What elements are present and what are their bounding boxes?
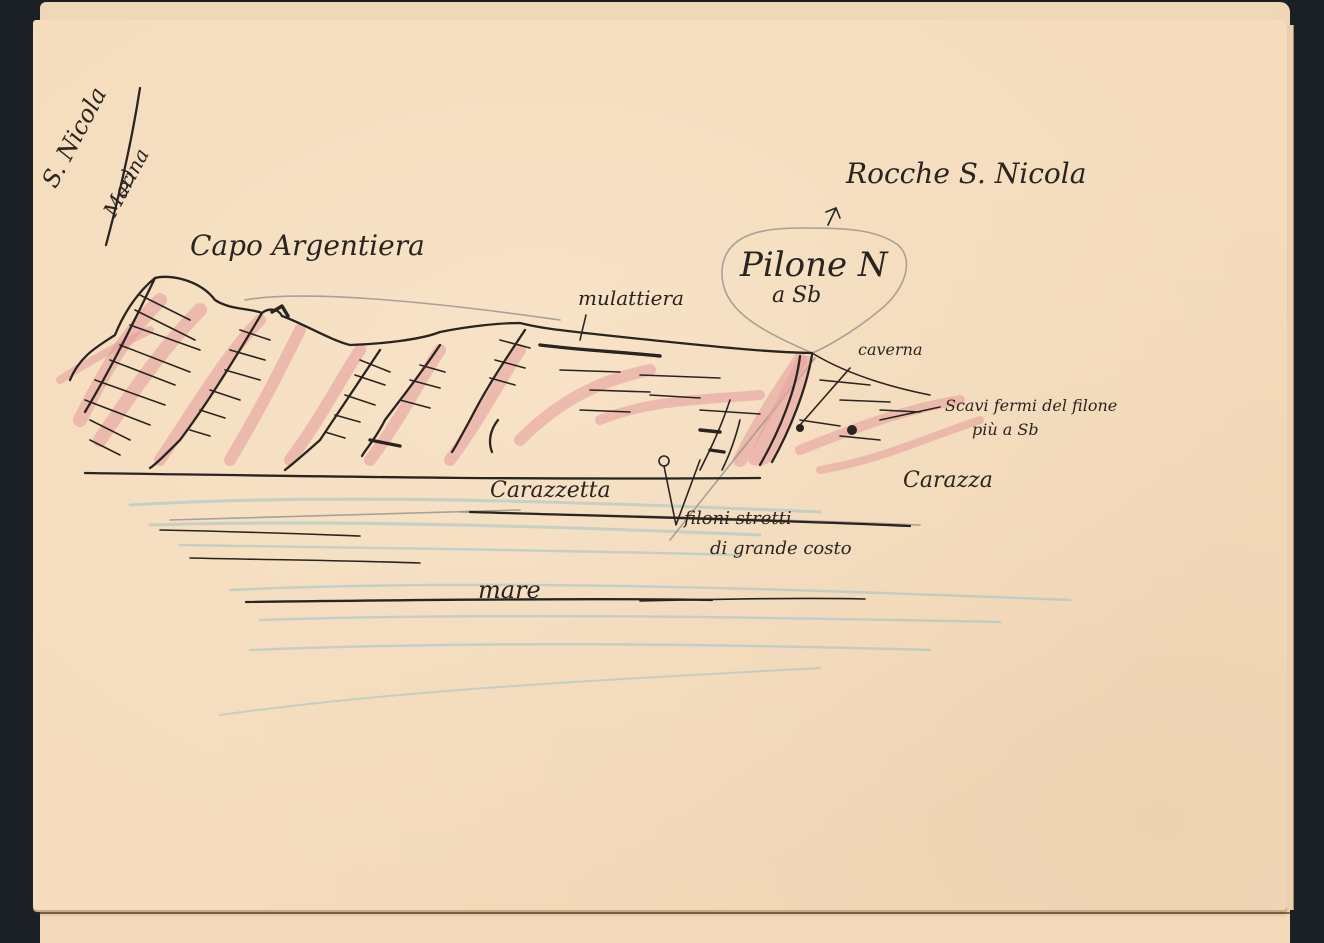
label-scavi-line2: più a Sb: [972, 422, 1039, 438]
label-carazzetta: Carazzetta: [490, 480, 611, 502]
label-caverna: caverna: [858, 342, 923, 358]
notebook: S. Nicola Marina 2 Capo Argentiera Rocch…: [0, 0, 1324, 943]
label-mare: mare: [478, 578, 541, 602]
label-pilone: Pilone N: [740, 248, 888, 282]
label-rocche: Rocche S. Nicola: [846, 160, 1086, 188]
label-pilone-sub: a Sb: [772, 285, 821, 307]
label-filoni-line1: filoni stretti: [684, 510, 792, 528]
sea-strokes: [130, 499, 1070, 715]
label-mulattiera: mulattiera: [578, 288, 684, 308]
label-capo-argentiera: Capo Argentiera: [190, 232, 425, 260]
margin-note-number: 2: [118, 182, 129, 200]
label-scavi-line1: Scavi fermi del filone: [945, 398, 1117, 414]
label-filoni-line2: di grande costo: [710, 540, 852, 558]
red-shading: [60, 300, 980, 470]
label-carazza: Carazza: [903, 470, 993, 492]
cliff-sketch: [0, 0, 1324, 943]
